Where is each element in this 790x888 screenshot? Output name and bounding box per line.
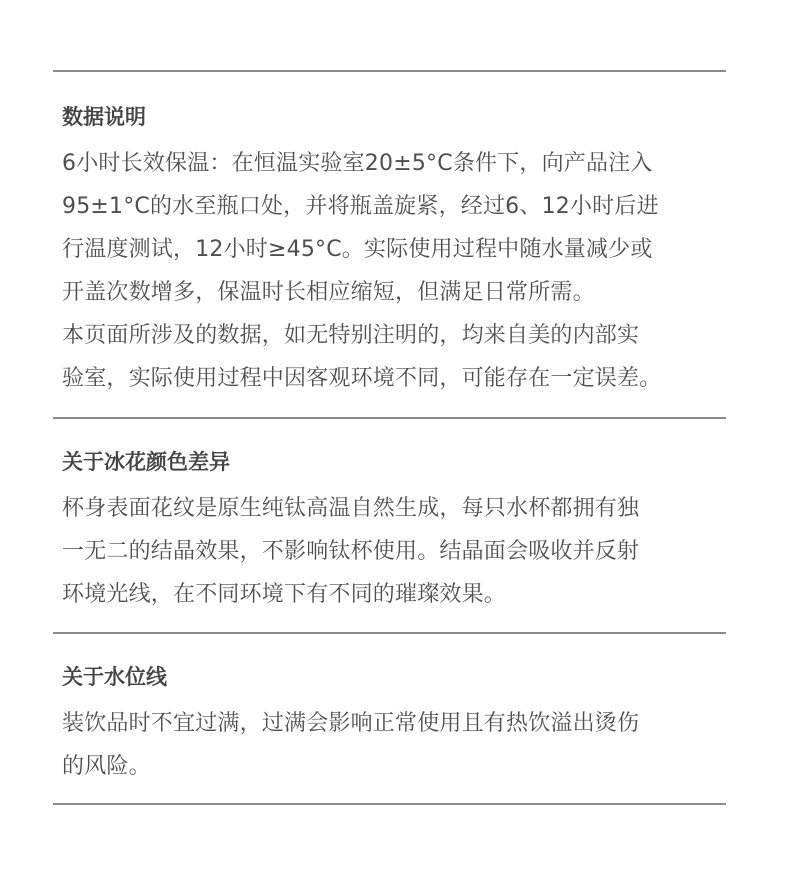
text-line: 杯身表面花纹是原生纯钛高温自然生成，每只水杯都拥有独 xyxy=(62,487,732,530)
section-title: 关于冰花颜色差异 xyxy=(62,447,732,477)
section-ice-flower-color: 关于冰花颜色差异 杯身表面花纹是原生纯钛高温自然生成，每只水杯都拥有独 一无二的… xyxy=(62,447,732,616)
divider-top xyxy=(53,70,726,72)
text-line: 行温度测试，12小时≥45°C。实际使用过程中随水量减少或 xyxy=(62,228,732,271)
divider-after-color-notes xyxy=(53,632,726,634)
text-line: 6小时长效保温：在恒温实验室20±5°C条件下，向产品注入 xyxy=(62,142,732,185)
text-line: 环境光线，在不同环境下有不同的璀璨效果。 xyxy=(62,573,732,616)
text-line: 验室，实际使用过程中因客观环境不同，可能存在一定误差。 xyxy=(62,357,732,400)
text-line: 一无二的结晶效果，不影响钛杯使用。结晶面会吸收并反射 xyxy=(62,530,732,573)
section-water-level: 关于水位线 装饮品时不宜过满，过满会影响正常使用且有热饮溢出烫伤 的风险。 xyxy=(62,662,732,788)
paragraph-ice-flower: 杯身表面花纹是原生纯钛高温自然生成，每只水杯都拥有独 一无二的结晶效果，不影响钛… xyxy=(62,487,732,616)
divider-bottom xyxy=(53,803,726,805)
section-title: 关于水位线 xyxy=(62,662,732,692)
text-line: 开盖次数增多，保温时长相应缩短，但满足日常所需。 xyxy=(62,271,732,314)
paragraph-water-level: 装饮品时不宜过满，过满会影响正常使用且有热饮溢出烫伤 的风险。 xyxy=(62,702,732,788)
section-data-notes: 数据说明 6小时长效保温：在恒温实验室20±5°C条件下，向产品注入 95±1°… xyxy=(62,102,732,400)
paragraph-insulation: 6小时长效保温：在恒温实验室20±5°C条件下，向产品注入 95±1°C的水至瓶… xyxy=(62,142,732,314)
text-line: 的风险。 xyxy=(62,745,732,788)
text-line: 本页面所涉及的数据，如无特别注明的，均来自美的内部实 xyxy=(62,314,732,357)
divider-after-data-notes xyxy=(53,417,726,419)
text-line: 95±1°C的水至瓶口处，并将瓶盖旋紧，经过6、12小时后进 xyxy=(62,185,732,228)
text-line: 装饮品时不宜过满，过满会影响正常使用且有热饮溢出烫伤 xyxy=(62,702,732,745)
paragraph-data-source: 本页面所涉及的数据，如无特别注明的，均来自美的内部实 验室，实际使用过程中因客观… xyxy=(62,314,732,400)
section-title: 数据说明 xyxy=(62,102,732,132)
